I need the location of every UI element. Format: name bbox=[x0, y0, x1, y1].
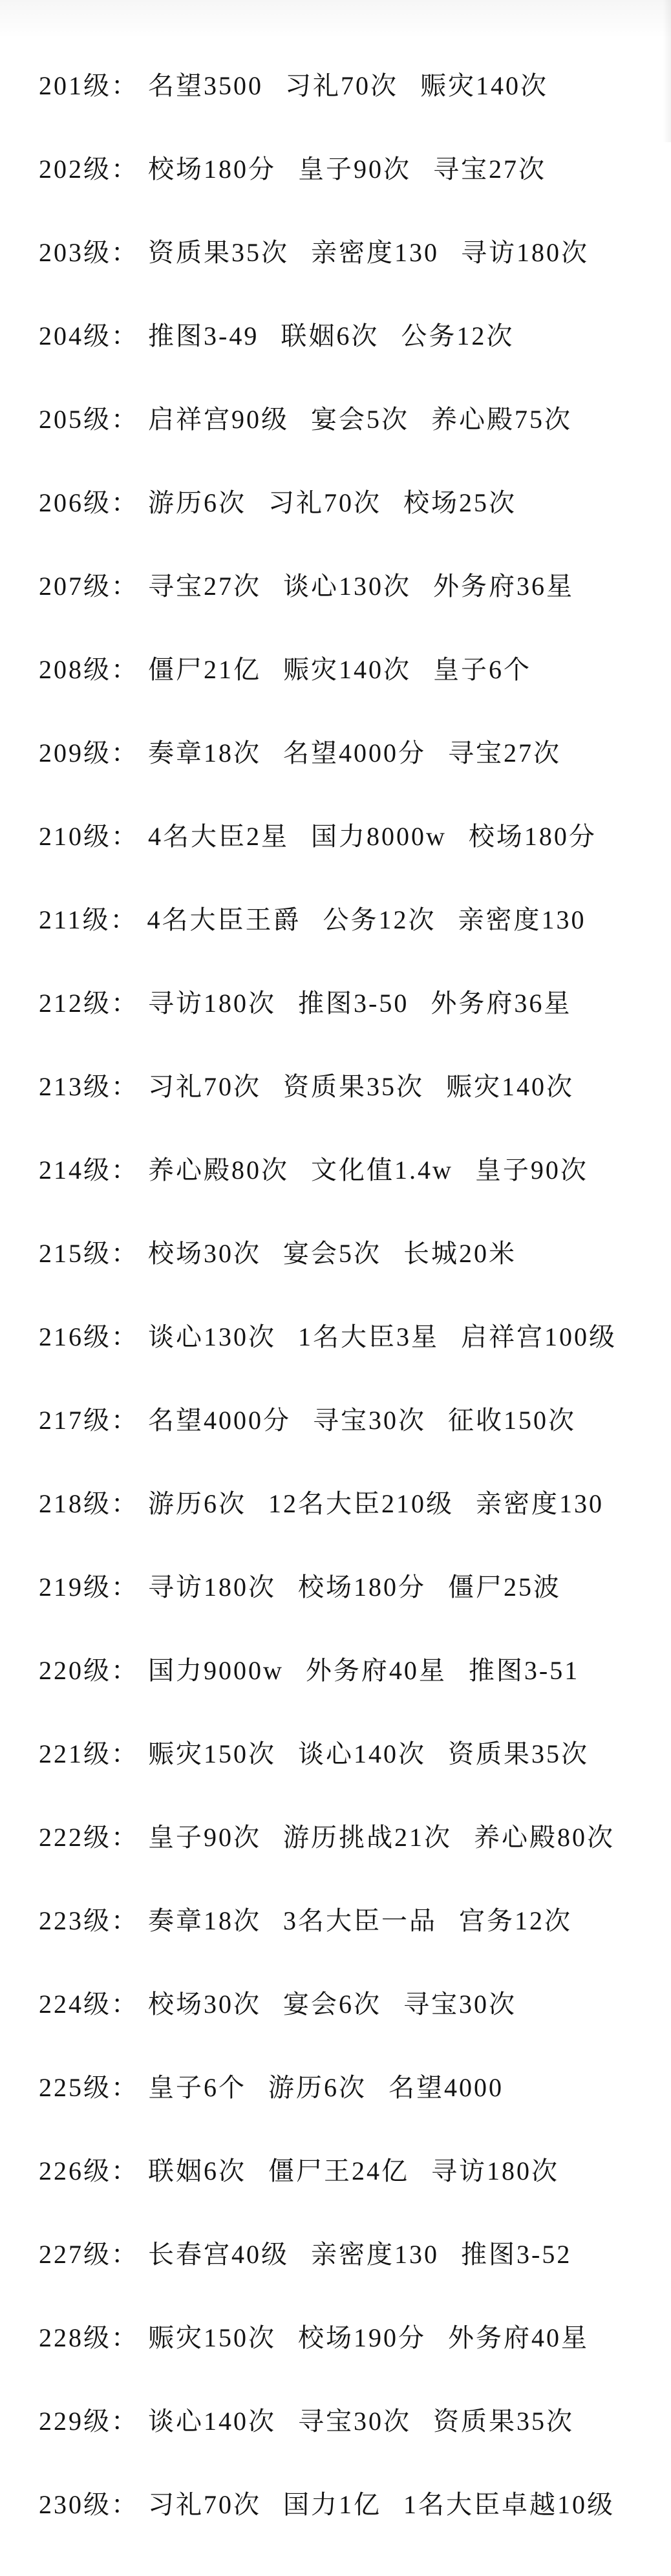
requirement-item: 外务府36星 bbox=[431, 989, 571, 1018]
requirement-item: 文化值1.4w bbox=[311, 1155, 453, 1185]
level-requirement-line: 215级： 校场30次宴会5次长城20米 bbox=[39, 1210, 658, 1293]
requirement-item: 习礼70次 bbox=[285, 71, 398, 100]
requirement-item: 资质果35次 bbox=[448, 1739, 589, 1768]
level-label: 217级： bbox=[39, 1400, 139, 1437]
requirement-items: 4名大臣2星国力8000w校场180分 bbox=[148, 816, 597, 853]
requirement-items: 名望3500习礼70次赈灾140次 bbox=[148, 65, 548, 102]
requirement-item: 1名大臣卓越10级 bbox=[403, 2490, 615, 2519]
level-requirement-line: 222级： 皇子90次游历挑战21次养心殿80次 bbox=[39, 1794, 658, 1877]
level-label: 213级： bbox=[39, 1066, 139, 1103]
requirement-items: 校场180分皇子90次寻宝27次 bbox=[148, 149, 546, 186]
requirement-items: 4名大臣王爵公务12次亲密度130 bbox=[147, 899, 586, 936]
requirement-item: 僵尸21亿 bbox=[148, 655, 261, 684]
requirement-item: 宫务12次 bbox=[459, 1906, 572, 1935]
level-requirement-line: 203级： 资质果35次亲密度130寻访180次 bbox=[39, 209, 658, 292]
level-label: 223级： bbox=[39, 1900, 139, 1937]
requirement-items: 寻宝27次谈心130次外务府36星 bbox=[148, 566, 574, 603]
level-label: 227级： bbox=[39, 2234, 139, 2271]
requirement-item: 亲密度130 bbox=[311, 2240, 439, 2269]
requirement-item: 宴会6次 bbox=[283, 1990, 381, 2019]
level-requirement-line: 206级： 游历6次习礼70次校场25次 bbox=[39, 459, 658, 542]
requirement-item: 习礼70次 bbox=[268, 488, 381, 517]
requirement-item: 4名大臣2星 bbox=[148, 822, 289, 851]
level-label: 226级： bbox=[39, 2151, 139, 2187]
level-label: 219级： bbox=[39, 1567, 139, 1604]
requirement-item: 公务12次 bbox=[323, 905, 436, 934]
requirement-item: 亲密度130 bbox=[458, 905, 586, 934]
requirement-item: 1名大臣3星 bbox=[298, 1322, 439, 1351]
requirement-items: 启祥宫90级宴会5次养心殿75次 bbox=[148, 399, 572, 436]
level-requirement-line: 204级： 推图3-49联姻6次公务12次 bbox=[39, 292, 658, 376]
requirement-item: 谈心140次 bbox=[148, 2407, 276, 2436]
level-requirement-line: 218级： 游历6次12名大臣210级亲密度130 bbox=[39, 1460, 658, 1543]
level-label: 211级： bbox=[39, 899, 138, 936]
level-label: 224级： bbox=[39, 1984, 139, 2021]
requirement-item: 寻宝30次 bbox=[298, 2407, 411, 2436]
requirement-items: 游历6次12名大臣210级亲密度130 bbox=[148, 1483, 604, 1520]
requirement-item: 校场180分 bbox=[469, 822, 597, 851]
document-page: 201级： 名望3500习礼70次赈灾140次 202级： 校场180分皇子90… bbox=[0, 0, 671, 2576]
requirement-items: 校场30次宴会5次长城20米 bbox=[148, 1233, 517, 1270]
level-label: 206级： bbox=[39, 482, 139, 519]
requirement-item: 国力1亿 bbox=[283, 2490, 381, 2519]
level-label: 212级： bbox=[39, 983, 139, 1020]
requirement-items: 养心殿80次文化值1.4w皇子90次 bbox=[148, 1150, 588, 1186]
requirement-item: 赈灾150次 bbox=[148, 1739, 276, 1768]
requirement-item: 游历6次 bbox=[148, 1489, 246, 1518]
requirement-items: 习礼70次国力1亿1名大臣卓越10级 bbox=[148, 2484, 615, 2521]
level-requirement-line: 229级： 谈心140次寻宝30次资质果35次 bbox=[39, 2377, 658, 2461]
level-label: 229级： bbox=[39, 2401, 139, 2438]
requirement-item: 联姻6次 bbox=[281, 321, 379, 350]
requirement-item: 国力9000w bbox=[148, 1656, 284, 1685]
requirement-item: 寻宝27次 bbox=[433, 155, 546, 184]
level-requirement-line: 230级： 习礼70次国力1亿1名大臣卓越10级 bbox=[39, 2461, 658, 2544]
level-label: 218级： bbox=[39, 1483, 139, 1520]
requirement-item: 寻宝30次 bbox=[403, 1990, 517, 2019]
requirement-item: 外务府36星 bbox=[433, 572, 574, 601]
level-requirement-line: 228级： 赈灾150次校场190分外务府40星 bbox=[39, 2294, 658, 2377]
requirement-items: 资质果35次亲密度130寻访180次 bbox=[148, 232, 589, 269]
requirement-item: 长城20米 bbox=[403, 1239, 517, 1268]
level-requirement-line: 211级： 4名大臣王爵公务12次亲密度130 bbox=[39, 876, 658, 960]
requirement-items: 皇子90次游历挑战21次养心殿80次 bbox=[148, 1817, 615, 1854]
requirement-items: 联姻6次僵尸王24亿寻访180次 bbox=[148, 2151, 559, 2187]
requirement-items: 寻访180次推图3-50外务府36星 bbox=[148, 983, 571, 1020]
requirement-item: 名望4000 bbox=[389, 2073, 504, 2102]
level-label: 203级： bbox=[39, 232, 139, 269]
requirement-item: 征收150次 bbox=[448, 1406, 576, 1435]
requirement-item: 校场30次 bbox=[148, 1239, 261, 1268]
requirement-item: 皇子6个 bbox=[433, 655, 531, 684]
requirement-items: 谈心140次寻宝30次资质果35次 bbox=[148, 2401, 574, 2438]
requirement-item: 谈心130次 bbox=[148, 1322, 276, 1351]
requirement-item: 僵尸王24亿 bbox=[268, 2156, 409, 2185]
requirement-items: 奏章18次名望4000分寻宝27次 bbox=[148, 733, 561, 769]
requirement-item: 校场30次 bbox=[148, 1990, 261, 2019]
level-label: 204级： bbox=[39, 316, 139, 352]
requirement-item: 资质果35次 bbox=[148, 238, 289, 267]
requirement-item: 4名大臣王爵 bbox=[147, 905, 301, 934]
requirement-item: 亲密度130 bbox=[476, 1489, 604, 1518]
requirement-item: 皇子90次 bbox=[148, 1823, 261, 1852]
level-requirement-line: 201级： 名望3500习礼70次赈灾140次 bbox=[39, 42, 658, 125]
requirement-item: 启祥宫100级 bbox=[461, 1322, 617, 1351]
requirement-items: 游历6次习礼70次校场25次 bbox=[148, 482, 517, 519]
requirement-item: 谈心130次 bbox=[283, 572, 411, 601]
requirement-item: 推图3-50 bbox=[298, 989, 409, 1018]
requirement-items: 名望4000分寻宝30次征收150次 bbox=[148, 1400, 576, 1437]
requirement-items: 寻访180次校场180分僵尸25波 bbox=[148, 1567, 561, 1604]
requirement-item: 校场180分 bbox=[148, 155, 276, 184]
requirement-item: 寻访180次 bbox=[431, 2156, 559, 2185]
requirement-items: 谈心130次1名大臣3星启祥宫100级 bbox=[148, 1316, 617, 1353]
level-requirement-line: 208级： 僵尸21亿赈灾140次皇子6个 bbox=[39, 626, 658, 709]
level-label: 225级： bbox=[39, 2067, 139, 2104]
requirement-item: 国力8000w bbox=[311, 822, 447, 851]
requirement-items: 校场30次宴会6次寻宝30次 bbox=[148, 1984, 517, 2021]
requirement-item: 资质果35次 bbox=[433, 2407, 574, 2436]
level-requirement-line: 223级： 奏章18次3名大臣一品宫务12次 bbox=[39, 1877, 658, 1960]
level-requirement-line: 212级： 寻访180次推图3-50外务府36星 bbox=[39, 960, 658, 1043]
level-label: 216级： bbox=[39, 1316, 139, 1353]
requirement-items: 僵尸21亿赈灾140次皇子6个 bbox=[148, 649, 531, 686]
requirement-item: 校场180分 bbox=[298, 1572, 426, 1602]
level-label: 209级： bbox=[39, 733, 139, 769]
requirement-items: 赈灾150次校场190分外务府40星 bbox=[148, 2317, 589, 2354]
level-requirement-line: 217级： 名望4000分寻宝30次征收150次 bbox=[39, 1377, 658, 1460]
level-requirement-line: 207级： 寻宝27次谈心130次外务府36星 bbox=[39, 542, 658, 626]
requirement-item: 寻宝27次 bbox=[448, 738, 561, 767]
requirement-item: 皇子6个 bbox=[148, 2073, 246, 2102]
requirement-items: 奏章18次3名大臣一品宫务12次 bbox=[148, 1900, 572, 1937]
requirement-item: 外务府40星 bbox=[448, 2323, 589, 2352]
requirement-item: 游历6次 bbox=[268, 2073, 367, 2102]
requirement-items: 习礼70次资质果35次赈灾140次 bbox=[148, 1066, 574, 1103]
requirement-item: 奏章18次 bbox=[148, 738, 261, 767]
level-requirements-list: 201级： 名望3500习礼70次赈灾140次 202级： 校场180分皇子90… bbox=[39, 42, 658, 2544]
requirement-item: 皇子90次 bbox=[475, 1155, 588, 1185]
requirement-item: 宴会5次 bbox=[311, 405, 409, 434]
requirement-item: 赈灾150次 bbox=[148, 2323, 276, 2352]
requirement-item: 名望4000分 bbox=[148, 1406, 291, 1435]
level-requirement-line: 220级： 国力9000w外务府40星推图3-51 bbox=[39, 1627, 658, 1710]
requirement-item: 习礼70次 bbox=[148, 2490, 261, 2519]
requirement-item: 校场190分 bbox=[298, 2323, 426, 2352]
level-label: 210级： bbox=[39, 816, 139, 853]
requirement-item: 养心殿80次 bbox=[474, 1823, 615, 1852]
level-requirement-line: 221级： 赈灾150次谈心140次资质果35次 bbox=[39, 1710, 658, 1794]
requirement-item: 联姻6次 bbox=[148, 2156, 246, 2185]
level-requirement-line: 210级： 4名大臣2星国力8000w校场180分 bbox=[39, 793, 658, 876]
level-label: 208级： bbox=[39, 649, 139, 686]
requirement-item: 赈灾140次 bbox=[446, 1072, 574, 1101]
level-label: 215级： bbox=[39, 1233, 139, 1270]
level-label: 202级： bbox=[39, 149, 139, 186]
requirement-item: 推图3-52 bbox=[461, 2240, 571, 2269]
requirement-items: 推图3-49联姻6次公务12次 bbox=[148, 316, 514, 352]
level-requirement-line: 219级： 寻访180次校场180分僵尸25波 bbox=[39, 1543, 658, 1627]
requirement-item: 外务府40星 bbox=[306, 1656, 447, 1685]
requirement-item: 习礼70次 bbox=[148, 1072, 261, 1101]
level-requirement-line: 205级： 启祥宫90级宴会5次养心殿75次 bbox=[39, 376, 658, 459]
requirement-item: 赈灾140次 bbox=[420, 71, 548, 100]
level-requirement-line: 213级： 习礼70次资质果35次赈灾140次 bbox=[39, 1043, 658, 1126]
requirement-item: 寻宝27次 bbox=[148, 572, 261, 601]
requirement-item: 养心殿75次 bbox=[431, 405, 572, 434]
requirement-item: 赈灾140次 bbox=[283, 655, 411, 684]
level-requirement-line: 209级： 奏章18次名望4000分寻宝27次 bbox=[39, 709, 658, 793]
level-label: 207级： bbox=[39, 566, 139, 603]
requirement-item: 3名大臣一品 bbox=[283, 1906, 437, 1935]
requirement-item: 奏章18次 bbox=[148, 1906, 261, 1935]
level-label: 214级： bbox=[39, 1150, 139, 1186]
requirement-item: 名望3500 bbox=[148, 71, 263, 100]
requirement-item: 长春宫40级 bbox=[148, 2240, 289, 2269]
requirement-item: 亲密度130 bbox=[311, 238, 439, 267]
level-label: 205级： bbox=[39, 399, 139, 436]
level-requirement-line: 224级： 校场30次宴会6次寻宝30次 bbox=[39, 1960, 658, 2044]
requirement-item: 推图3-51 bbox=[469, 1656, 579, 1685]
requirement-item: 皇子90次 bbox=[298, 155, 411, 184]
requirement-item: 游历挑战21次 bbox=[283, 1823, 452, 1852]
level-requirement-line: 202级： 校场180分皇子90次寻宝27次 bbox=[39, 125, 658, 209]
page-top-shading bbox=[0, 0, 671, 45]
requirement-items: 皇子6个游历6次名望4000 bbox=[148, 2067, 504, 2104]
requirement-item: 谈心140次 bbox=[298, 1739, 426, 1768]
level-requirement-line: 225级： 皇子6个游历6次名望4000 bbox=[39, 2044, 658, 2127]
level-label: 222级： bbox=[39, 1817, 139, 1854]
requirement-items: 赈灾150次谈心140次资质果35次 bbox=[148, 1733, 589, 1770]
requirement-item: 寻访180次 bbox=[461, 238, 589, 267]
requirement-item: 寻访180次 bbox=[148, 1572, 276, 1602]
requirement-item: 校场25次 bbox=[403, 488, 517, 517]
level-label: 221级： bbox=[39, 1733, 139, 1770]
level-label: 228级： bbox=[39, 2317, 139, 2354]
requirement-item: 寻宝30次 bbox=[313, 1406, 426, 1435]
requirement-items: 国力9000w外务府40星推图3-51 bbox=[148, 1650, 579, 1687]
requirement-item: 资质果35次 bbox=[283, 1072, 424, 1101]
requirement-item: 公务12次 bbox=[401, 321, 514, 350]
requirement-item: 12名大臣210级 bbox=[268, 1489, 454, 1518]
requirement-item: 推图3-49 bbox=[148, 321, 259, 350]
level-label: 220级： bbox=[39, 1650, 139, 1687]
requirement-item: 宴会5次 bbox=[283, 1239, 381, 1268]
level-label: 201级： bbox=[39, 65, 139, 102]
requirement-item: 游历6次 bbox=[148, 488, 246, 517]
requirement-item: 启祥宫90级 bbox=[148, 405, 289, 434]
level-requirement-line: 214级： 养心殿80次文化值1.4w皇子90次 bbox=[39, 1126, 658, 1210]
level-requirement-line: 216级： 谈心130次1名大臣3星启祥宫100级 bbox=[39, 1293, 658, 1377]
requirement-item: 寻访180次 bbox=[148, 989, 276, 1018]
level-requirement-line: 226级： 联姻6次僵尸王24亿寻访180次 bbox=[39, 2127, 658, 2211]
page-right-edge-shading bbox=[662, 0, 671, 142]
requirement-items: 长春宫40级亲密度130推图3-52 bbox=[148, 2234, 571, 2271]
requirement-item: 养心殿80次 bbox=[148, 1155, 289, 1185]
level-requirement-line: 227级： 长春宫40级亲密度130推图3-52 bbox=[39, 2211, 658, 2294]
requirement-item: 名望4000分 bbox=[283, 738, 426, 767]
requirement-item: 僵尸25波 bbox=[448, 1572, 561, 1602]
level-label: 230级： bbox=[39, 2484, 139, 2521]
